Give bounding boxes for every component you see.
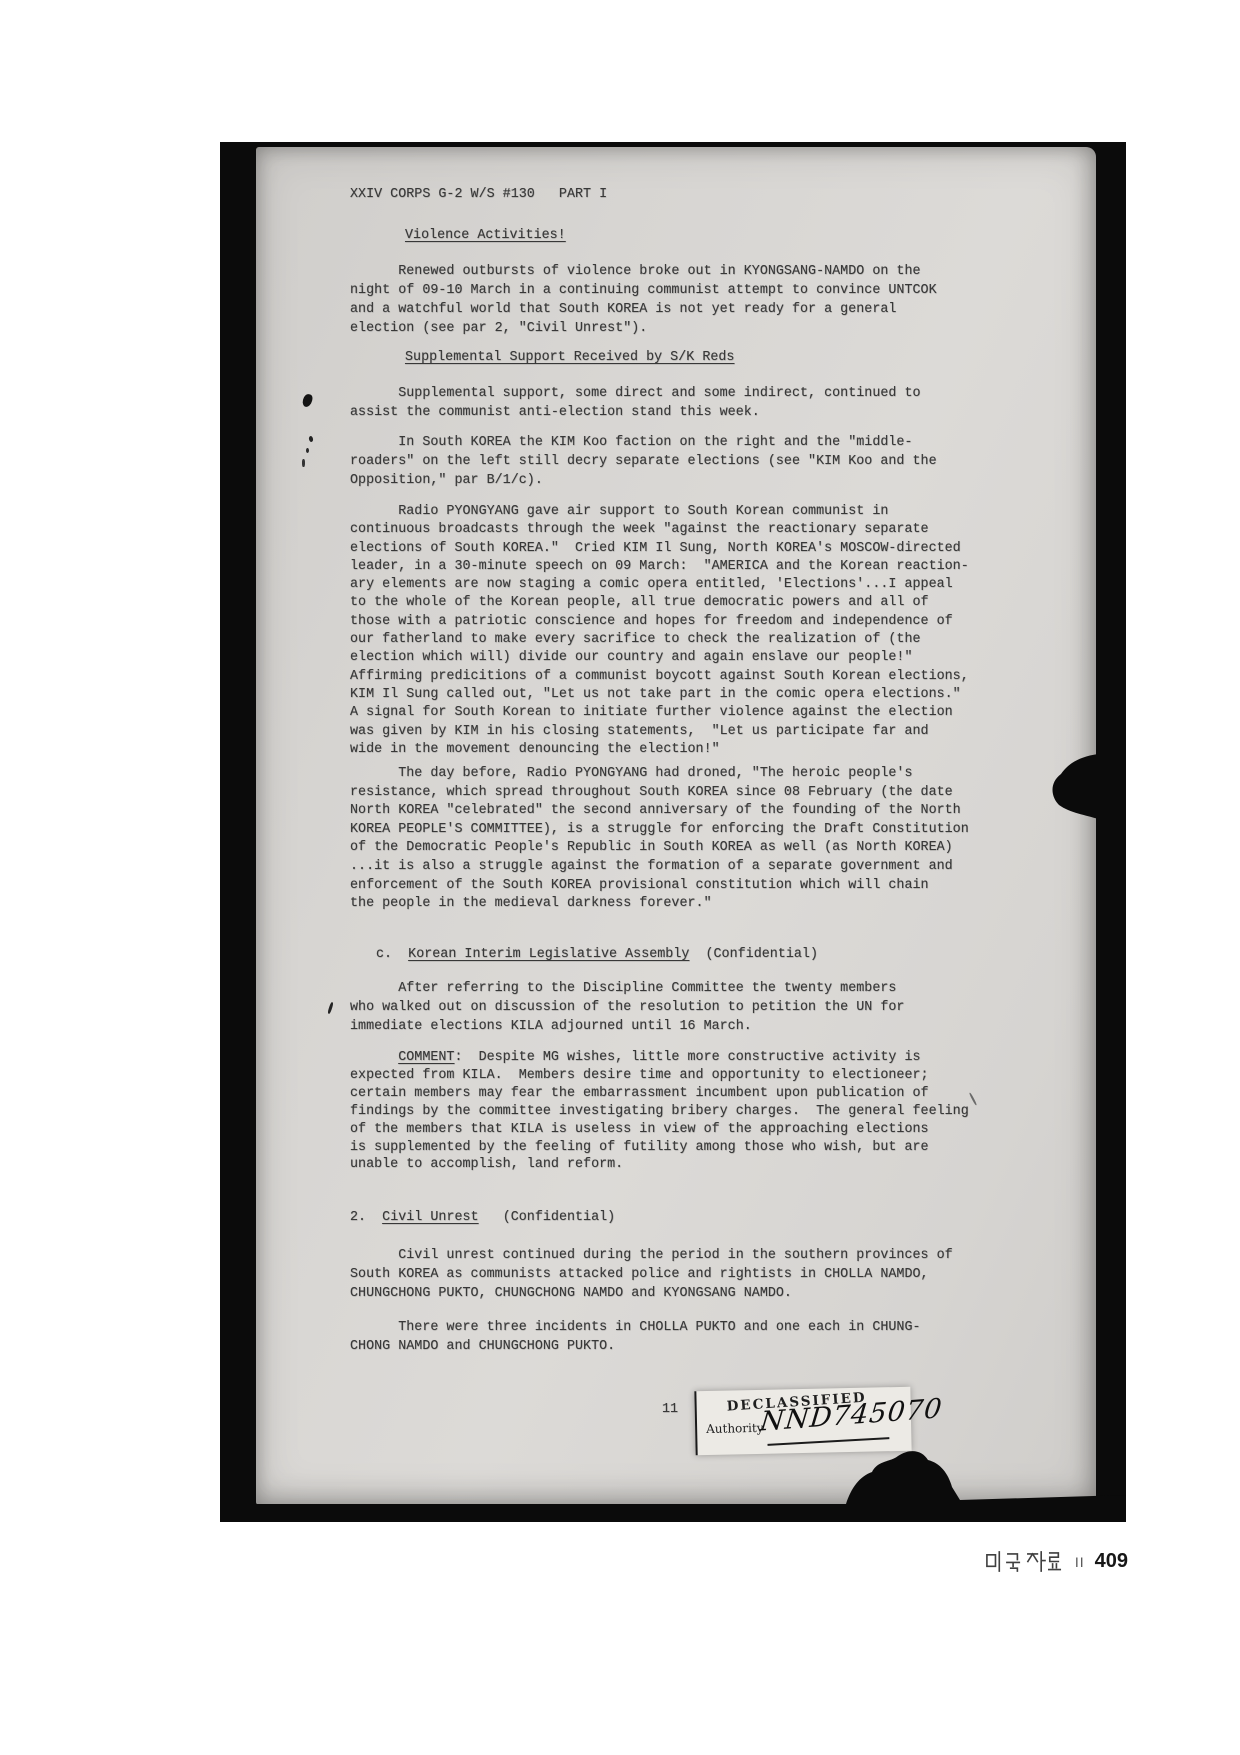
document-header: XXIV CORPS G-2 W/S #130 PART I <box>350 185 607 204</box>
footer-page-number: 409 <box>1095 1550 1128 1573</box>
paragraph-supplemental-support: Supplemental support, some direct and so… <box>350 384 921 422</box>
heading-civil-unrest: 2. Civil Unrest (Confidential) <box>350 1208 615 1227</box>
heading-kila-title: Korean Interim Legislative Assembly <box>408 947 689 962</box>
heading-civil-unrest-title: Civil Unrest <box>382 1210 478 1225</box>
declassified-stamp-authority-label: Authority <box>706 1421 764 1436</box>
paragraph-kim-koo-faction: In South KOREA the KIM Koo faction on th… <box>350 433 937 490</box>
paragraph-comment-rest: : Despite MG wishes, little more constru… <box>350 1050 969 1172</box>
heading-kila: c. Korean Interim Legislative Assembly (… <box>376 945 818 964</box>
paragraph-comment-indent <box>350 1050 398 1065</box>
paragraph-discipline-committee: After referring to the Discipline Commit… <box>350 979 904 1036</box>
paragraph-renewed-outbursts: Renewed outbursts of violence broke out … <box>350 262 937 338</box>
ink-speck <box>306 448 309 453</box>
heading-violence-activities: Violence Activities! <box>405 226 566 245</box>
paragraph-radio-pyongyang: Radio PYONGYANG gave air support to Sout… <box>350 503 969 759</box>
paragraph-comment: COMMENT: Despite MG wishes, little more … <box>350 1049 969 1174</box>
footer-korean-label-glyphs <box>985 1551 1065 1572</box>
heading-supplemental-support: Supplemental Support Received by S/K Red… <box>405 348 734 367</box>
heading-supplemental-support-text: Supplemental Support Received by S/K Red… <box>405 350 734 365</box>
book-page: XXIV CORPS G-2 W/S #130 PART I Violence … <box>0 0 1240 1755</box>
footer-volume-numeral: II <box>1075 1554 1085 1570</box>
declassified-stamp: DECLASSIFIED Authority NND745070 <box>694 1387 911 1456</box>
book-footer: 미국자료 II 409 <box>985 1550 1128 1573</box>
paragraph-three-incidents: There were three incidents in CHOLLA PUK… <box>350 1318 921 1356</box>
declassified-stamp-underline <box>767 1437 889 1446</box>
paragraph-comment-lead: COMMENT <box>398 1050 454 1065</box>
paragraph-day-before: The day before, Radio PYONGYANG had dron… <box>350 765 969 914</box>
heading-kila-prefix: c. <box>376 947 408 962</box>
heading-civil-unrest-suffix: (Confidential) <box>479 1210 616 1225</box>
ink-speck <box>302 459 305 467</box>
paragraph-civil-unrest: Civil unrest continued during the period… <box>350 1246 953 1303</box>
heading-kila-suffix: (Confidential) <box>689 947 818 962</box>
heading-civil-unrest-prefix: 2. <box>350 1210 382 1225</box>
heading-violence-activities-text: Violence Activities! <box>405 228 566 243</box>
page-number: 11 <box>662 1400 678 1419</box>
